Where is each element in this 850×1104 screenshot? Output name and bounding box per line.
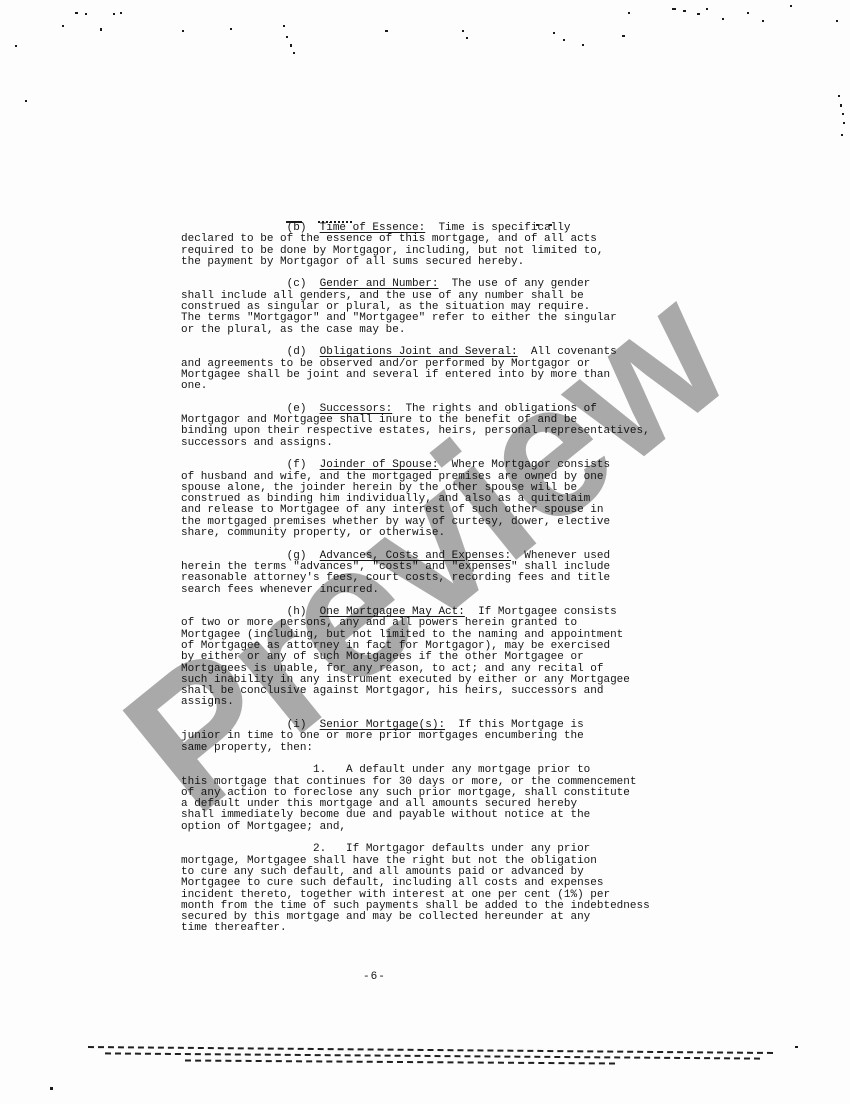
scan-speck [50, 1087, 53, 1090]
section-heading: Obligations Joint and Several: [320, 346, 518, 358]
scan-speck [838, 95, 840, 97]
scan-speck [795, 1046, 798, 1048]
scan-line-artifact [185, 1059, 615, 1064]
scan-speck [466, 37, 468, 39]
scan-speck [563, 39, 565, 41]
scan-speck [836, 20, 838, 22]
section-heading: One Mortgagee May Act: [320, 606, 465, 618]
section-paragraph: (c) Gender and Number: The use of any ge… [181, 279, 691, 335]
scan-speck [747, 12, 749, 14]
scan-speck [25, 100, 27, 102]
scan-speck [62, 25, 64, 27]
scan-speck [113, 13, 115, 15]
section-paragraph: (h) One Mortgagee May Act: If Mortgagee … [181, 607, 691, 709]
scan-line-artifact [105, 1052, 760, 1059]
scan-speck [182, 30, 184, 32]
scan-speck [762, 20, 764, 22]
section-heading: Advances, Costs and Expenses: [320, 550, 511, 562]
scan-speck [385, 30, 388, 32]
scan-speck [841, 134, 843, 136]
scan-dash-artifact [286, 221, 302, 223]
section-paragraph: (g) Advances, Costs and Expenses: Whenev… [181, 551, 691, 596]
scan-speck [628, 12, 630, 14]
page-number: -6- [363, 971, 386, 983]
scan-speck [293, 52, 295, 54]
document-text: (b) Time of Essence: Time is specificall… [181, 223, 691, 946]
scan-dash-artifact [318, 221, 352, 223]
scan-speck [549, 224, 552, 226]
scan-speck [842, 113, 844, 115]
scan-speck [672, 8, 676, 10]
scan-speck [286, 36, 288, 38]
section-heading: Successors: [320, 403, 393, 415]
scan-speck [75, 12, 78, 14]
scan-speck [553, 32, 555, 34]
section-paragraph: 1. A default under any mortgage prior to… [181, 765, 691, 833]
scan-speck [706, 8, 708, 10]
scan-speck [283, 25, 285, 27]
scan-speck [683, 10, 686, 12]
scan-speck [15, 45, 17, 47]
scan-speck [462, 30, 464, 32]
section-paragraph: (b) Time of Essence: Time is specificall… [181, 223, 691, 268]
section-paragraph: (d) Obligations Joint and Several: All c… [181, 347, 691, 392]
section-paragraph: (f) Joinder of Spouse: Where Mortgagor c… [181, 460, 691, 539]
scan-speck [536, 224, 539, 226]
section-heading: Joinder of Spouse: [320, 459, 439, 471]
scan-speck [697, 13, 700, 15]
section-heading: Senior Mortgage(s): [320, 719, 445, 731]
section-paragraph: (e) Successors: The rights and obligatio… [181, 404, 691, 449]
section-heading: Gender and Number: [320, 278, 439, 290]
scan-speck [120, 12, 122, 14]
section-heading: Time of Essence: [320, 222, 426, 234]
scan-speck [840, 104, 842, 107]
section-paragraph: (i) Senior Mortgage(s): If this Mortgage… [181, 720, 691, 754]
scan-speck [790, 5, 792, 7]
scan-speck [230, 28, 232, 30]
scan-speck [722, 18, 724, 20]
scan-speck [582, 44, 584, 46]
scan-speck [843, 122, 845, 124]
scan-speck [100, 28, 102, 31]
section-paragraph: 2. If Mortgagor defaults under any prior… [181, 844, 691, 934]
scan-speck [85, 13, 87, 15]
scan-speck [290, 44, 292, 47]
scan-speck [622, 35, 625, 37]
